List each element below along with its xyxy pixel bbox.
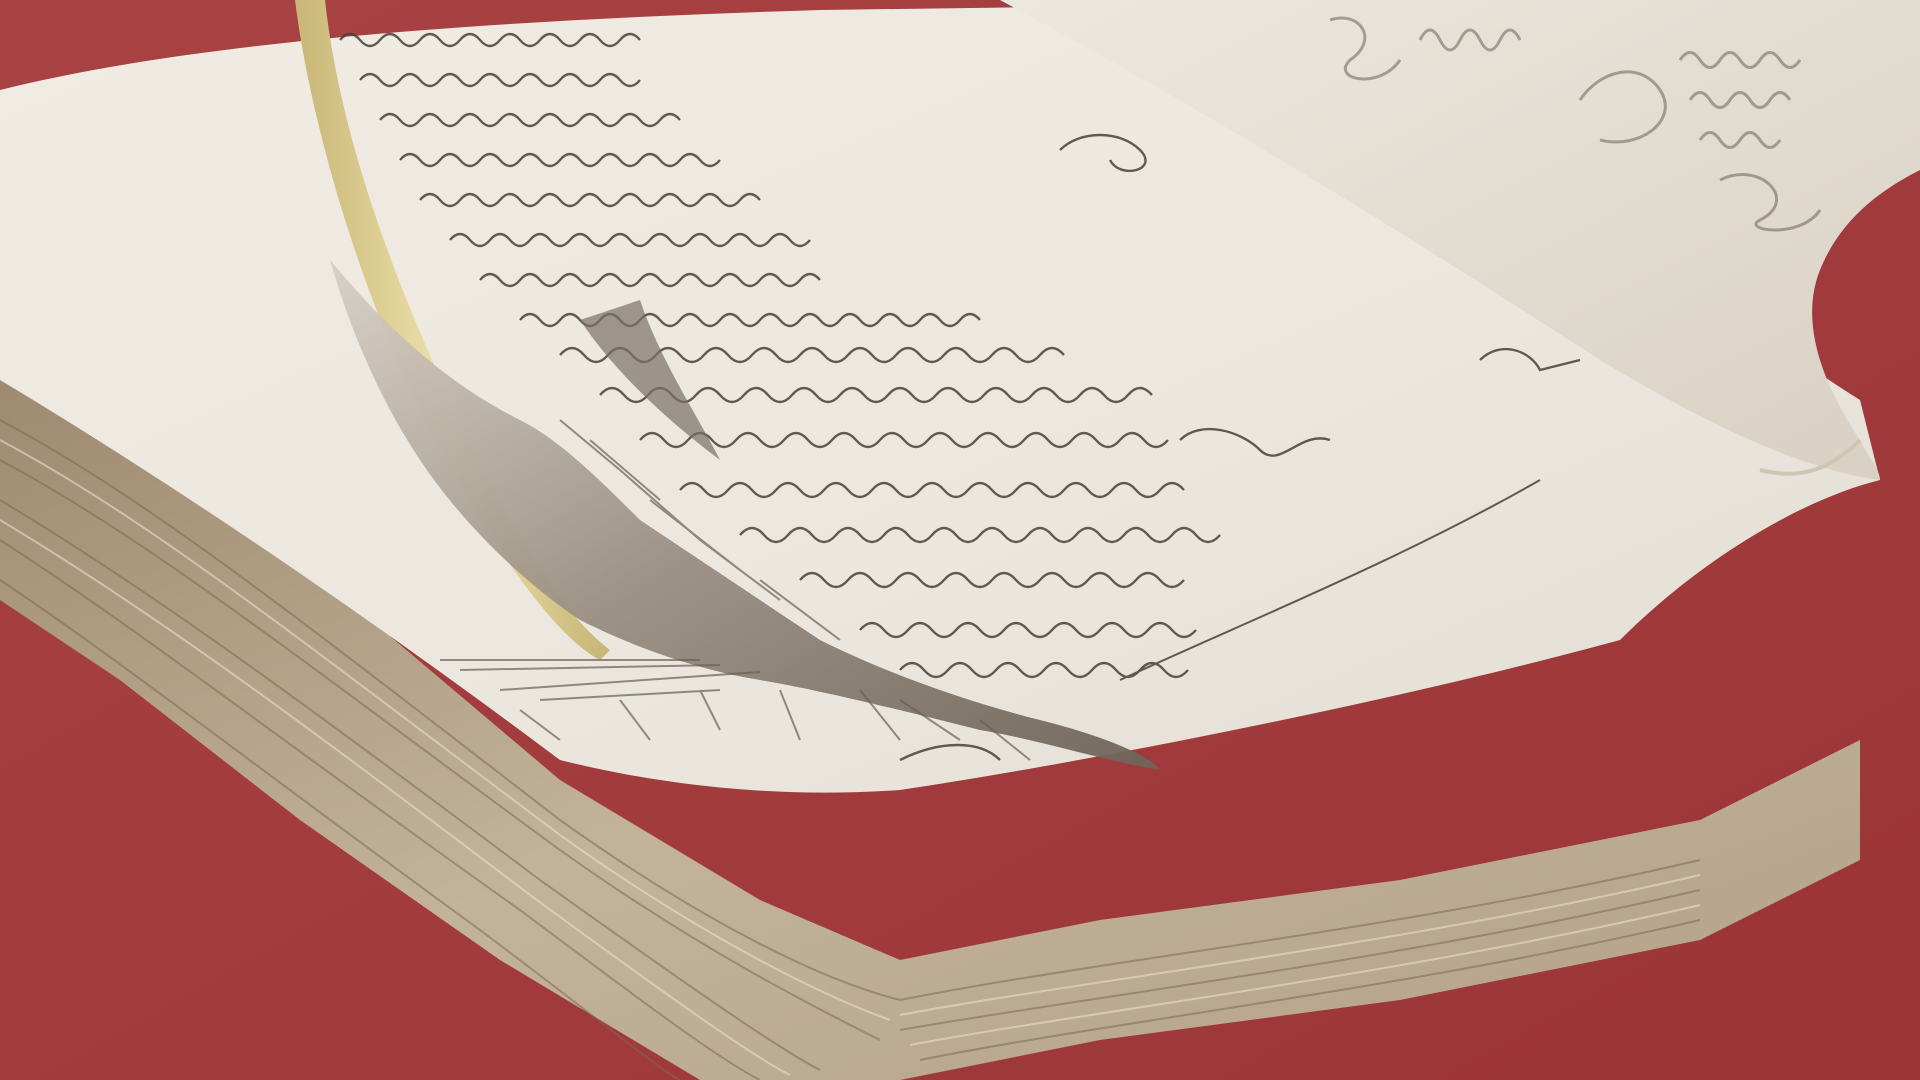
manuscript-illustration [0,0,1920,1080]
photo-scene [0,0,1920,1080]
